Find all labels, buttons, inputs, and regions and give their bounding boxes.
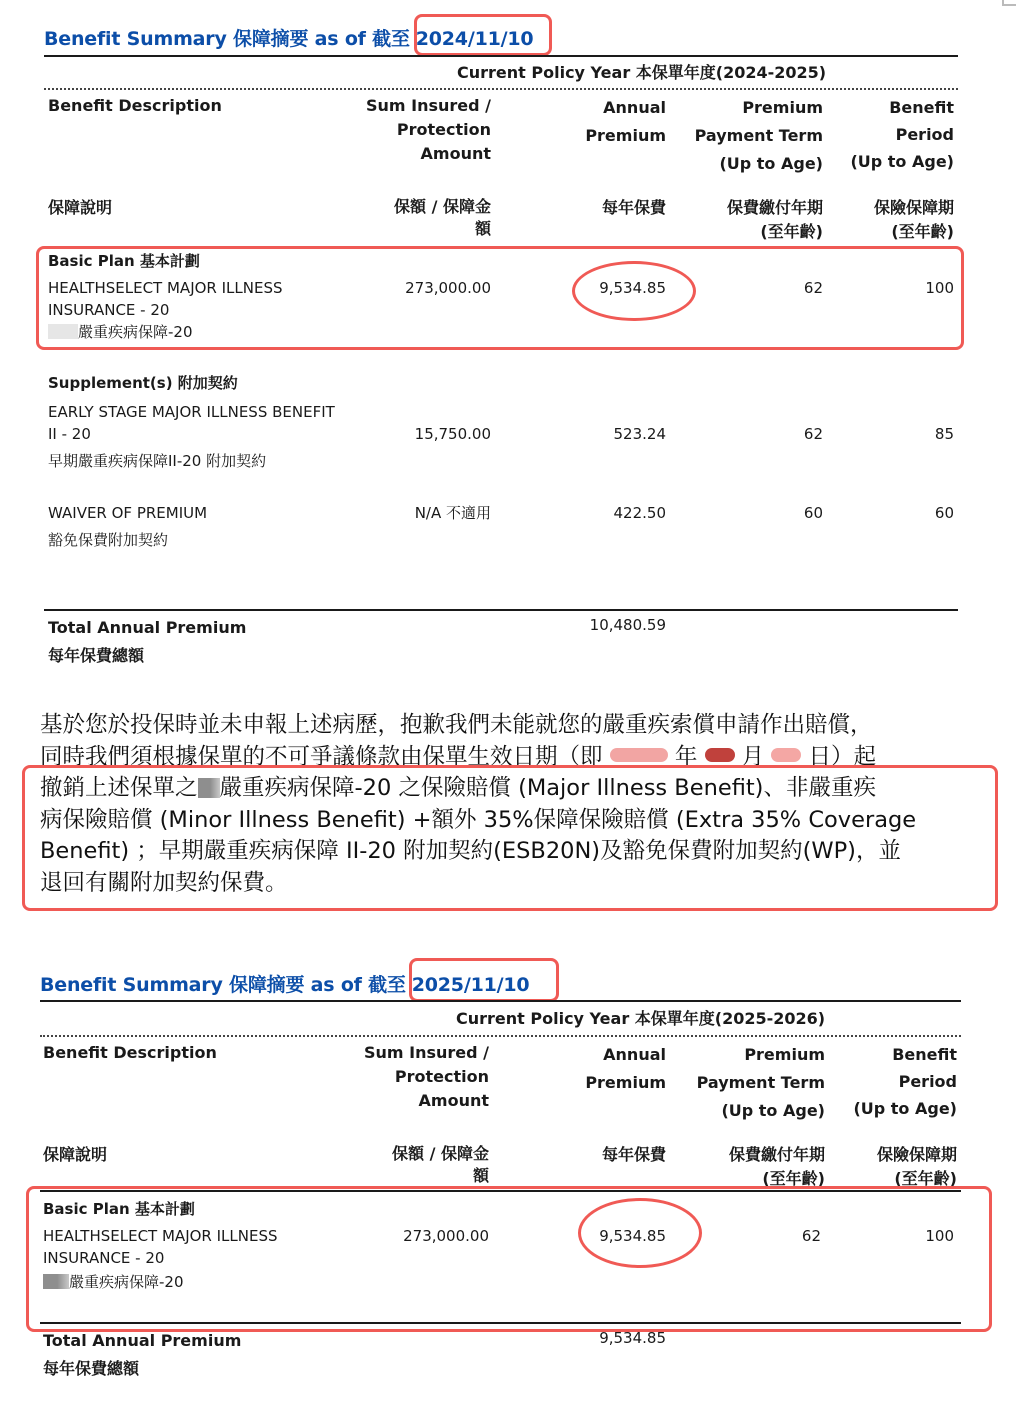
header-payment-term: Premium Payment Term (Up to Age) bbox=[697, 1041, 825, 1125]
supplements-label: Supplement(s) 附加契約 bbox=[48, 372, 238, 394]
basic-plan-sum-insured: 273,000.00 bbox=[403, 1225, 489, 1247]
header-line: Amount bbox=[364, 1089, 489, 1113]
total-annual-premium: 10,480.59 bbox=[590, 614, 666, 636]
header-line: (Up to Age) bbox=[850, 148, 954, 175]
total-annual-premium: 9,534.85 bbox=[599, 1327, 666, 1349]
basic-plan-annual-premium: 9,534.85 bbox=[599, 277, 666, 299]
header-benefit-description: Benefit Description bbox=[43, 1041, 217, 1065]
header-line: Premium bbox=[697, 1041, 825, 1069]
total-label-zh: 每年保費總額 bbox=[48, 642, 246, 670]
supplement-1-name: EARLY STAGE MAJOR ILLNESS BENEFIT II - 2… bbox=[48, 401, 335, 472]
header-line: 保額 / 保障金 bbox=[392, 1143, 489, 1165]
title-rule bbox=[40, 1000, 961, 1002]
header-zh-description: 保障說明 bbox=[48, 196, 112, 220]
header-annual-premium: Annual Premium bbox=[585, 1041, 666, 1097]
basic-plan-benefit-period: 100 bbox=[925, 277, 954, 299]
supplement-name-zh: 早期嚴重疾病保障II-20 附加契約 bbox=[48, 450, 335, 472]
row-top-rule bbox=[40, 1190, 961, 1192]
plan-name-zh: 嚴重疾病保障-20 bbox=[48, 321, 283, 343]
header-line: Period bbox=[853, 1068, 957, 1095]
plan-name-zh: 嚴重疾病保障-20 bbox=[43, 1271, 278, 1293]
header-line: Sum Insured / bbox=[366, 94, 491, 118]
header-line: Sum Insured / bbox=[364, 1041, 489, 1065]
header-line: (至年齡) bbox=[874, 220, 954, 244]
summary-title-text: Benefit Summary 保障摘要 as of 截至 bbox=[40, 974, 406, 996]
supplement-1-sum-insured: 15,750.00 bbox=[415, 423, 491, 445]
header-zh-description: 保障說明 bbox=[43, 1143, 107, 1167]
header-line: Protection bbox=[366, 118, 491, 142]
header-line: Benefit bbox=[853, 1041, 957, 1068]
header-line: (至年齡) bbox=[727, 220, 823, 244]
header-line: 額 bbox=[392, 1165, 489, 1187]
redacted-month bbox=[705, 748, 735, 762]
supplement-1-annual-premium: 523.24 bbox=[614, 423, 667, 445]
plan-name-line: HEALTHSELECT MAJOR ILLNESS bbox=[48, 277, 283, 299]
total-label: Total Annual Premium 每年保費總額 bbox=[48, 614, 246, 670]
header-line: Protection bbox=[364, 1065, 489, 1089]
title-rule bbox=[44, 55, 958, 57]
header-zh-benefit-period: 保險保障期 (至年齡) bbox=[877, 1143, 957, 1191]
header-zh-payment-term: 保費繳付年期 (至年齡) bbox=[727, 196, 823, 244]
header-line: Benefit bbox=[850, 94, 954, 121]
policy-year-label: Current Policy Year 本保單年度(2025-2026) bbox=[456, 1006, 825, 1029]
date-highlight-box bbox=[414, 14, 552, 56]
basic-plan-sum-insured: 273,000.00 bbox=[405, 277, 491, 299]
notice-highlight-box bbox=[22, 765, 998, 911]
redacted-text bbox=[48, 324, 78, 339]
header-payment-term: Premium Payment Term (Up to Age) bbox=[695, 94, 823, 178]
supplement-2-annual-premium: 422.50 bbox=[614, 502, 667, 524]
supplement-name-zh: 豁免保費附加契約 bbox=[48, 529, 207, 551]
supplement-2-payment-term: 60 bbox=[804, 502, 823, 524]
header-line: (Up to Age) bbox=[697, 1097, 825, 1125]
header-benefit-period: Benefit Period (Up to Age) bbox=[850, 94, 954, 175]
header-benefit-description: Benefit Description bbox=[48, 94, 222, 118]
header-zh-benefit-period: 保險保障期 (至年齡) bbox=[874, 196, 954, 244]
basic-plan-payment-term: 62 bbox=[802, 1225, 821, 1247]
supplement-name-line: II - 20 bbox=[48, 423, 335, 445]
basic-plan-name: HEALTHSELECT MAJOR ILLNESS INSURANCE - 2… bbox=[43, 1225, 278, 1293]
header-annual-premium: Annual Premium bbox=[585, 94, 666, 150]
total-label-en: Total Annual Premium bbox=[48, 614, 246, 642]
header-line: Premium bbox=[695, 94, 823, 122]
header-line: Payment Term bbox=[695, 122, 823, 150]
basic-plan-label: Basic Plan 基本計劃 bbox=[48, 250, 200, 272]
header-line: Period bbox=[850, 121, 954, 148]
total-label-en: Total Annual Premium bbox=[43, 1327, 241, 1355]
plan-name-line: INSURANCE - 20 bbox=[43, 1247, 278, 1269]
header-line: Premium bbox=[585, 1069, 666, 1097]
total-rule bbox=[40, 1322, 961, 1324]
date-highlight-box bbox=[409, 958, 559, 1002]
supplement-1-benefit-period: 85 bbox=[935, 423, 954, 445]
supplement-2-name: WAIVER OF PREMIUM 豁免保費附加契約 bbox=[48, 502, 207, 551]
summary-title-text: Benefit Summary 保障摘要 as of 截至 bbox=[44, 28, 410, 50]
header-dotted-rule bbox=[40, 1035, 961, 1037]
header-zh-payment-term: 保費繳付年期 (至年齡) bbox=[729, 1143, 825, 1191]
supplement-name-line: EARLY STAGE MAJOR ILLNESS BENEFIT bbox=[48, 401, 335, 423]
plan-name-line: INSURANCE - 20 bbox=[48, 299, 283, 321]
redacted-day bbox=[771, 748, 801, 762]
total-label-zh: 每年保費總額 bbox=[43, 1355, 241, 1383]
header-line: Annual bbox=[585, 94, 666, 122]
supplement-name-line: WAIVER OF PREMIUM bbox=[48, 502, 207, 524]
supplement-1-payment-term: 62 bbox=[804, 423, 823, 445]
basic-plan-payment-term: 62 bbox=[804, 277, 823, 299]
basic-plan-name: HEALTHSELECT MAJOR ILLNESS INSURANCE - 2… bbox=[48, 277, 283, 343]
redacted-year bbox=[610, 748, 668, 762]
page-corner-mark bbox=[1002, 0, 1016, 6]
header-sum-insured: Sum Insured / Protection Amount bbox=[366, 94, 491, 166]
header-line: (Up to Age) bbox=[695, 150, 823, 178]
header-line: Annual bbox=[585, 1041, 666, 1069]
header-line: (Up to Age) bbox=[853, 1095, 957, 1122]
plan-name-line: HEALTHSELECT MAJOR ILLNESS bbox=[43, 1225, 278, 1247]
header-dotted-rule bbox=[44, 88, 958, 90]
header-benefit-period: Benefit Period (Up to Age) bbox=[853, 1041, 957, 1122]
header-line: 保險保障期 bbox=[874, 196, 954, 220]
supplement-2-sum-insured: N/A 不適用 bbox=[415, 502, 491, 524]
header-zh-annual-premium: 每年保費 bbox=[602, 1143, 666, 1167]
header-line: Payment Term bbox=[697, 1069, 825, 1097]
header-line: 額 bbox=[394, 218, 491, 240]
total-label: Total Annual Premium 每年保費總額 bbox=[43, 1327, 241, 1383]
plan-name-zh-text: 嚴重疾病保障-20 bbox=[78, 323, 193, 341]
header-zh-sum-insured: 保額 / 保障金 額 bbox=[394, 196, 491, 240]
header-zh-annual-premium: 每年保費 bbox=[602, 196, 666, 220]
total-rule bbox=[44, 609, 958, 611]
notice-line-1: 基於您於投保時並未申報上述病歷，抱歉我們未能就您的嚴重疾索償申請作出賠償， bbox=[40, 710, 984, 742]
basic-plan-label: Basic Plan 基本計劃 bbox=[43, 1198, 195, 1220]
header-line: Amount bbox=[366, 142, 491, 166]
header-line: 保險保障期 bbox=[877, 1143, 957, 1167]
basic-plan-annual-premium: 9,534.85 bbox=[599, 1225, 666, 1247]
header-line: Premium bbox=[585, 122, 666, 150]
basic-plan-benefit-period: 100 bbox=[925, 1225, 954, 1247]
header-line: 保額 / 保障金 bbox=[394, 196, 491, 218]
header-sum-insured: Sum Insured / Protection Amount bbox=[364, 1041, 489, 1113]
header-line: 保費繳付年期 bbox=[727, 196, 823, 220]
header-zh-sum-insured: 保額 / 保障金 額 bbox=[392, 1143, 489, 1187]
plan-name-zh-text: 嚴重疾病保障-20 bbox=[69, 1273, 184, 1291]
header-line: 保費繳付年期 bbox=[729, 1143, 825, 1167]
supplement-2-benefit-period: 60 bbox=[935, 502, 954, 524]
policy-year-label: Current Policy Year 本保單年度(2024-2025) bbox=[457, 60, 826, 83]
redacted-text bbox=[43, 1274, 69, 1289]
